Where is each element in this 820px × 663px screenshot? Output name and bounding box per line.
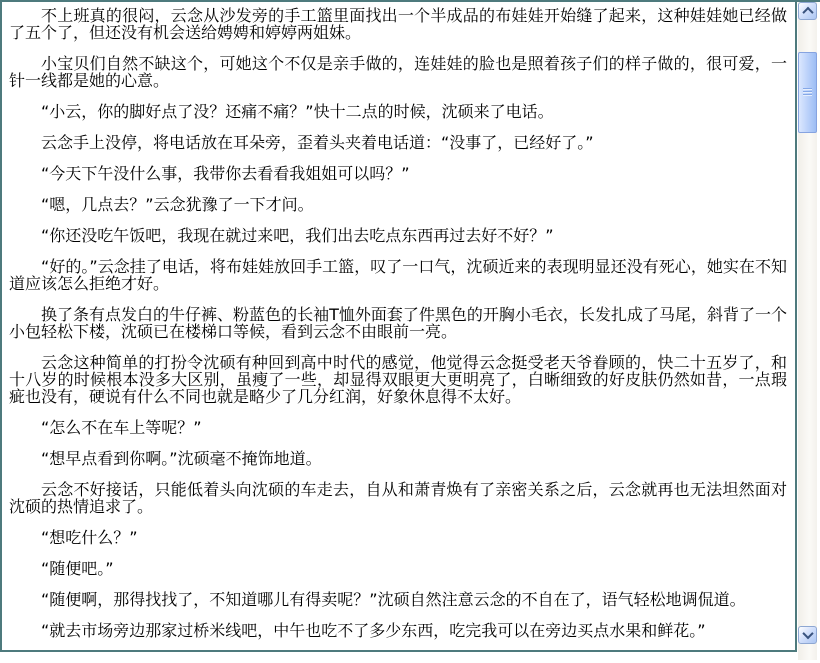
paragraph: “就去市场旁边那家过桥米线吧，中午也吃不了多少东西，吃完我可以在旁边买点水果和鲜… [9, 622, 787, 639]
chevron-down-icon [802, 628, 813, 639]
paragraph: “小云，你的脚好点了没？还痛不痛？”快十二点的时候，沈硕来了电话。 [9, 103, 787, 120]
paragraph: 不上班真的很闷，云念从沙发旁的手工篮里面找出一个半成品的布娃娃开始缝了起来，这种… [9, 7, 787, 41]
scroll-up-button[interactable] [798, 2, 817, 20]
thumb-grip-icon [803, 88, 812, 97]
scroll-down-button[interactable] [798, 626, 817, 644]
paragraph: “好的。”云念挂了电话，将布娃娃放回手工篮，叹了一口气，沈硕近来的表现明显还没有… [9, 258, 787, 292]
paragraph: “你还没吃午饭吧，我现在就过来吧，我们出去吃点东西再过去好不好？” [9, 227, 787, 244]
paragraph: “想早点看到你啊。”沈硕毫不掩饰地道。 [9, 450, 787, 467]
paragraph: “怎么不在车上等呢？” [9, 419, 787, 436]
paragraph: “随便啊，那得找找了，不知道哪儿有得卖呢？”沈硕自然注意云念的不自在了，语气轻松… [9, 591, 787, 608]
paragraph: 云念这种简单的打扮令沈硕有种回到高中时代的感觉，他觉得云念挺受老天爷眷顾的，快二… [9, 354, 787, 405]
paragraph: “想吃什么？” [9, 529, 787, 546]
paragraph: 云念不好接话，只能低着头向沈硕的车走去，自从和萧青焕有了亲密关系之后，云念就再也… [9, 481, 787, 515]
paragraph: 换了条有点发白的牛仔裤、粉蓝色的长袖T恤外面套了件黑色的开胸小毛衣，长发扎成了马… [9, 306, 787, 340]
scrollbar-thumb[interactable] [798, 52, 817, 133]
paragraph: 小宝贝们自然不缺这个，可她这个不仅是亲手做的，连娃娃的脸也是照着孩子们的样子做的… [9, 55, 787, 89]
browser-content-area: 不上班真的很闷，云念从沙发旁的手工篮里面找出一个半成品的布娃娃开始缝了起来，这种… [0, 0, 820, 663]
paragraph: “随便吧。” [9, 560, 787, 577]
vertical-scrollbar[interactable] [798, 2, 817, 660]
novel-text-frame: 不上班真的很闷，云念从沙发旁的手工篮里面找出一个半成品的布娃娃开始缝了起来，这种… [0, 0, 797, 652]
paragraph: “嗯，几点去？”云念犹豫了一下才问。 [9, 196, 787, 213]
chevron-up-icon [802, 7, 813, 18]
paragraph: 云念手上没停，将电话放在耳朵旁，歪着头夹着电话道：“没事了，已经好了。” [9, 134, 787, 151]
paragraph: “今天下午没什么事，我带你去看看我姐姐可以吗？” [9, 165, 787, 182]
